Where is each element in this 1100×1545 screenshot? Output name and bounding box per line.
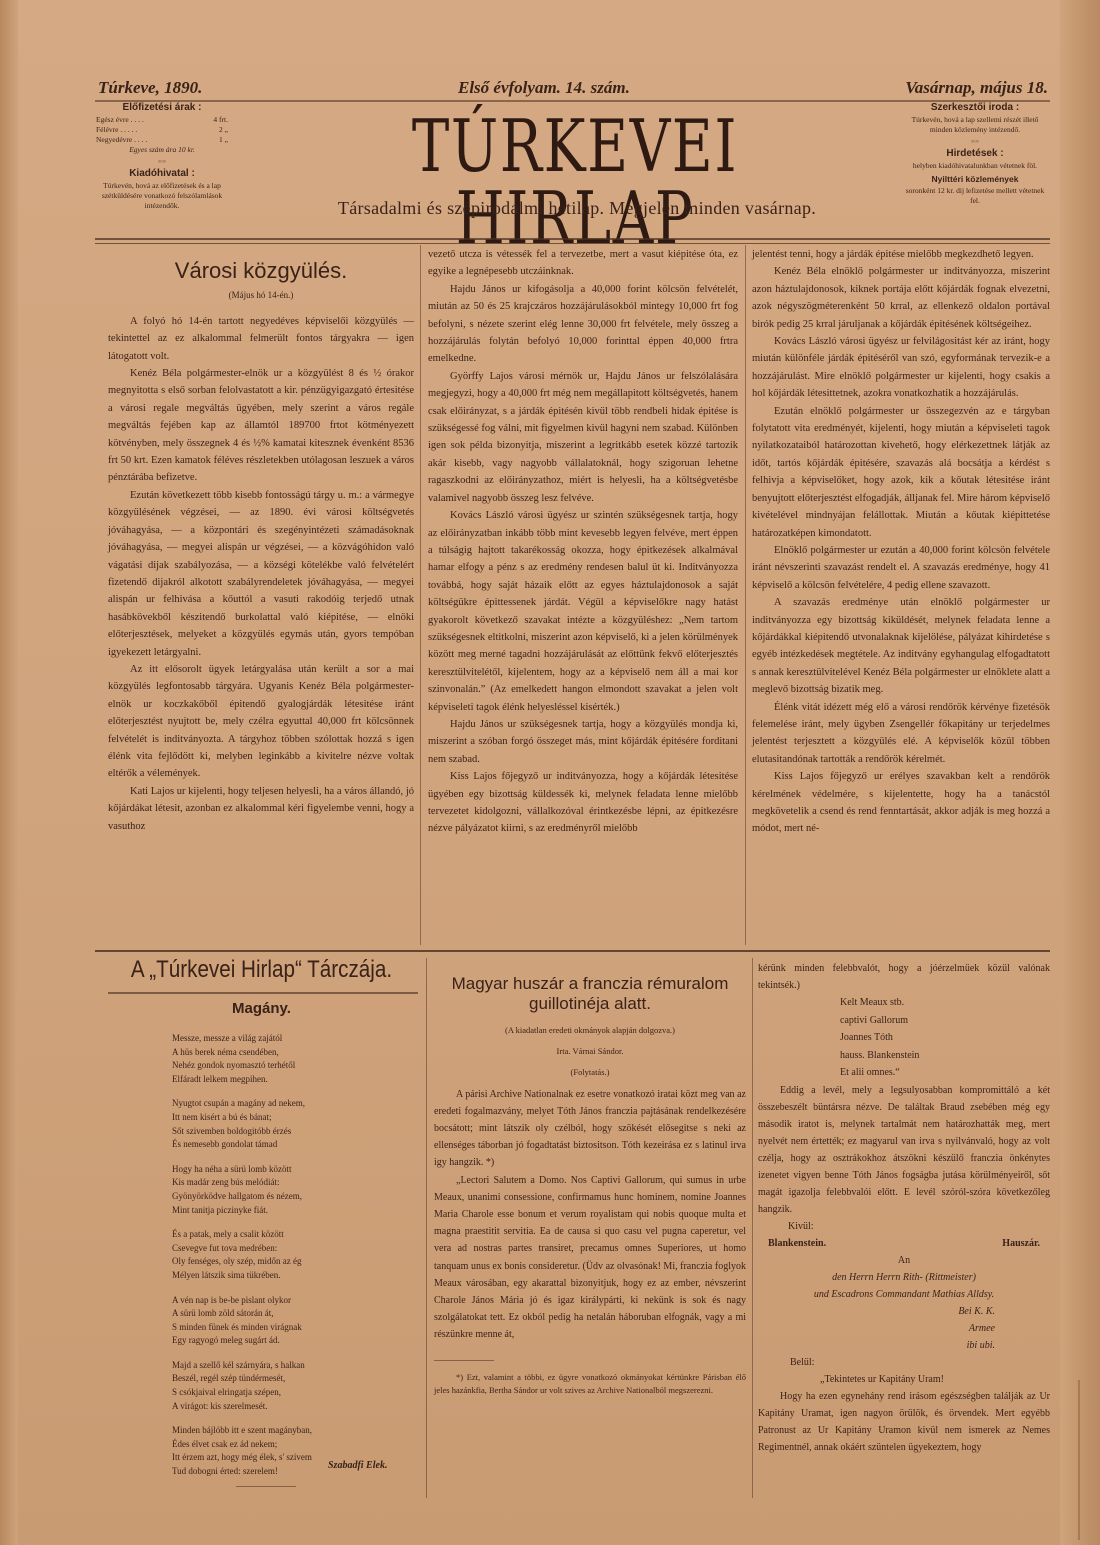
- dateline: Túrkeve, 1890. Első évfolyam. 14. szám. …: [98, 78, 1048, 100]
- paragraph: Kati Lajos ur kijelenti, hogy teljesen h…: [108, 783, 414, 835]
- poem-line: A vén nap is be-be pislant olykor: [172, 1294, 422, 1308]
- poem-line: A hüs berek néma csendében,: [172, 1046, 422, 1060]
- paragraph: jelentést tenni, hogy a járdák épitése m…: [752, 246, 1050, 263]
- page-fold: [1078, 1380, 1080, 1540]
- page-edge-left: [0, 0, 18, 1545]
- footnote: *) Ezt, valamint a többi, ez ügyre vonat…: [434, 1371, 746, 1397]
- poem-stanza: És a patak, mely a csalit közöttCsevegve…: [172, 1228, 422, 1282]
- volume-issue: Első évfolyam. 14. szám.: [458, 78, 630, 98]
- poem-line: Csevegve fut tova medrében:: [172, 1242, 422, 1256]
- paragraph: Kovács László városi ügyész ur szintén s…: [428, 507, 738, 716]
- end-rule: [236, 1486, 296, 1487]
- open-notices-text: soronként 12 kr. dij lefizetése mellett …: [905, 186, 1045, 206]
- poem-line: És a patak, mely a csalit között: [172, 1228, 422, 1242]
- ads-heading: Hirdetések :: [905, 149, 1045, 159]
- article-title: Városi közgyülés.: [108, 262, 414, 279]
- poem-line: Nyugtot csupán a magány ad nekem,: [172, 1097, 422, 1111]
- poem-line: Elfáradt lelkem megpihen.: [172, 1073, 422, 1087]
- inside-label: Belül:: [758, 1354, 1050, 1371]
- serial-title: Magyar huszár a franczia rémuralom guill…: [434, 974, 746, 1014]
- paragraph: Kenéz Béla polgármester-elnök ur a közgy…: [108, 365, 414, 487]
- salutation: „Tekintetes ur Kapitány Uram!: [758, 1371, 1050, 1388]
- section-rule: [95, 950, 1050, 955]
- editorial-box: Szerkesztői iroda : Túrkevén, hová a lap…: [905, 103, 1045, 206]
- article-dateline: (Május hó 14-én.): [108, 287, 414, 304]
- poem-line: Hogy ha néha a sürü lomb között: [172, 1163, 422, 1177]
- footnote-rule: [434, 1360, 494, 1361]
- issue-date: Vasárnap, május 18.: [905, 78, 1048, 98]
- paragraph: Ezután elnöklő polgármester ur összegezv…: [752, 403, 1050, 542]
- poem-stanza: A vén nap is be-be pislant olykorA sürü …: [172, 1294, 422, 1348]
- paragraph: Kiss Lajos főjegyző ur erélyes szavakban…: [752, 768, 1050, 838]
- paragraph: Kiss Lajos főjegyző ur inditványozza, ho…: [428, 768, 738, 838]
- serial-source-note: (A kiadatlan eredeti okmányok alapján do…: [434, 1022, 746, 1039]
- paragraph: vezető utcza is vétessék fel a tervezetb…: [428, 246, 738, 281]
- article-column-1: Városi közgyülés. (Május hó 14-én.) A fo…: [108, 252, 414, 835]
- ornament-icon: ∞∞: [905, 137, 1045, 147]
- poem-line: Mint tanitja piczinyke fiát.: [172, 1204, 422, 1218]
- paragraph: Györffy Lajos városi mérnök ur, Hajdu Já…: [428, 368, 738, 507]
- open-notices-heading: Nyilttéri közlemények: [905, 174, 1045, 184]
- place-year: Túrkeve, 1890.: [98, 78, 202, 98]
- poem-line: Édes élvet csak ez ád nekem;: [172, 1438, 422, 1452]
- poem: Messze, messze a világ zajátólA hüs bere…: [172, 1032, 422, 1490]
- page-edge-right: [1060, 0, 1100, 1545]
- paragraph: Hogy ha ezen egynehány rend irásom egész…: [758, 1388, 1050, 1456]
- paragraph: Elnöklő polgármester ur ezután a 40,000 …: [752, 542, 1050, 594]
- masthead-rule: [95, 238, 1050, 244]
- price-row: Negyedévre . . . .1 „: [96, 135, 228, 145]
- paragraph: Hajdu János ur szükségesnek tartja, hogy…: [428, 716, 738, 768]
- column-rule: [752, 958, 753, 1498]
- paragraph: A folyó hó 14-én tartott negyedéves képv…: [108, 313, 414, 365]
- poem-line: Messze, messze a világ zajától: [172, 1032, 422, 1046]
- poem-line: Beszél, regél szép tündérmesét,: [172, 1372, 422, 1386]
- article-column-2: vezető utcza is vétessék fel a tervezetb…: [428, 246, 738, 838]
- poem-line: A virágot: kis szerelmesét.: [172, 1400, 422, 1414]
- paragraph: Kenéz Béla elnöklő polgármester ur indit…: [752, 263, 1050, 333]
- paragraph: Ezután következett több kisebb fontosság…: [108, 487, 414, 661]
- paragraph: A párisi Archive Nationalnak ez esetre v…: [434, 1086, 746, 1172]
- masthead-subtitle: Társadalmi és szépirodalmi hetilap. Megj…: [282, 198, 872, 219]
- poem-line: És nemesebb gondolat támad: [172, 1138, 422, 1152]
- poem-line: S minden fünek és minden virágnak: [172, 1321, 422, 1335]
- top-rule: [95, 100, 1050, 102]
- subscription-box: Előfizetési árak : Egész évre . . . .4 f…: [96, 103, 228, 211]
- column-rule: [426, 958, 427, 1498]
- poem-stanza: Majd a szellő kél szárnyára, s halkanBes…: [172, 1359, 422, 1413]
- editorial-text: Túrkevén, hová a lap szellemi részét ill…: [905, 115, 1045, 135]
- price-row: Egész évre . . . .4 frt.: [96, 115, 228, 125]
- column-rule: [745, 245, 746, 945]
- masthead-title: TÚRKEVEI HIRLAP: [341, 110, 809, 254]
- ornament-icon: ∞∞: [96, 157, 228, 167]
- poem-stanza: Hogy ha néha a sürü lomb közöttKis madár…: [172, 1163, 422, 1217]
- ads-text: helyben kiadóhivatalunkban vétetnek föl.: [905, 161, 1045, 171]
- poem-line: Gyönyörködve hallgatom és nézem,: [172, 1190, 422, 1204]
- poem-line: Itt nem kisért a bú és bánat;: [172, 1111, 422, 1125]
- poem-line: Oly fenséges, oly szép, midőn az ég: [172, 1255, 422, 1269]
- poem-author: Szabadfi Elek.: [328, 1460, 387, 1471]
- poem-line: Egy ragyogó meleg sugárt ád.: [172, 1334, 422, 1348]
- poem-line: Kis madár zeng bús melódiát:: [172, 1176, 422, 1190]
- price-row: Félévre . . . . .2 „: [96, 125, 228, 135]
- office-text: Túrkevén, hová az előfizetések és a lap …: [96, 181, 228, 211]
- poem-line: Nehéz gondok nyomasztó terhétől: [172, 1059, 422, 1073]
- paragraph: „Lectori Salutem a Domo. Nos Captivi Gal…: [434, 1172, 746, 1344]
- paragraph: Élénk vitát idézett még elő a városi ren…: [752, 699, 1050, 769]
- feuilleton-rule: [108, 992, 418, 994]
- letter-signoff: Kelt Meaux stb. captivi Gallorum Joannes…: [758, 994, 1050, 1082]
- poem-line: Sőt szivemben boldogitóbb érzés: [172, 1125, 422, 1139]
- article-column-3: jelentést tenni, hogy a járdák épitése m…: [752, 246, 1050, 838]
- prices-heading: Előfizetési árak :: [96, 103, 228, 113]
- address-an: An: [758, 1252, 1050, 1269]
- paragraph: kérünk minden felebbvalót, hogy a jóérze…: [758, 960, 1050, 994]
- poem-line: Mélyen látszik sima tükrében.: [172, 1269, 422, 1283]
- paragraph: Hajdu János ur kifogásolja a 40,000 fori…: [428, 281, 738, 368]
- poem-stanza: Messze, messze a világ zajátólA hüs bere…: [172, 1032, 422, 1086]
- serial-column-1: Magyar huszár a franczia rémuralom guill…: [434, 962, 746, 1397]
- column-rule: [420, 245, 421, 945]
- paragraph: Kovács László városi ügyész ur felvilágo…: [752, 333, 1050, 403]
- paragraph: Az itt elősorolt ügyek letárgyalása után…: [108, 661, 414, 783]
- editorial-heading: Szerkesztői iroda :: [905, 103, 1045, 113]
- poem-line: A sürü lomb zöld sátorán át,: [172, 1307, 422, 1321]
- serial-byline: Irta. Várnai Sándor.: [434, 1043, 746, 1060]
- office-heading: Kiadóhivatal :: [96, 169, 228, 179]
- poem-line: S csókjaival elringatja szépen,: [172, 1386, 422, 1400]
- paragraph: A szavazás eredménye után elnöklő polgár…: [752, 594, 1050, 698]
- poem-stanza: Nyugtot csupán a magány ad nekem,Itt nem…: [172, 1097, 422, 1151]
- paragraph: Eddig a levél, mely a legsulyosabban kom…: [758, 1082, 1050, 1218]
- serial-column-2: kérünk minden felebbvalót, hogy a jóérze…: [758, 960, 1050, 1456]
- poem-line: Minden bájlóbb itt e szent magányban,: [172, 1424, 422, 1438]
- poem-line: Majd a szellő kél szárnyára, s halkan: [172, 1359, 422, 1373]
- single-issue-price: Egyes szám ára 10 kr.: [96, 145, 228, 155]
- serial-continued: (Folytatás.): [434, 1064, 746, 1081]
- poem-title: Magány.: [104, 1000, 419, 1017]
- feuilleton-heading: A „Túrkevei Hirlap“ Tárczája.: [126, 956, 397, 984]
- address-row: Blankenstein. Hauszár.: [758, 1235, 1050, 1252]
- outside-label: Kivül:: [758, 1218, 1050, 1235]
